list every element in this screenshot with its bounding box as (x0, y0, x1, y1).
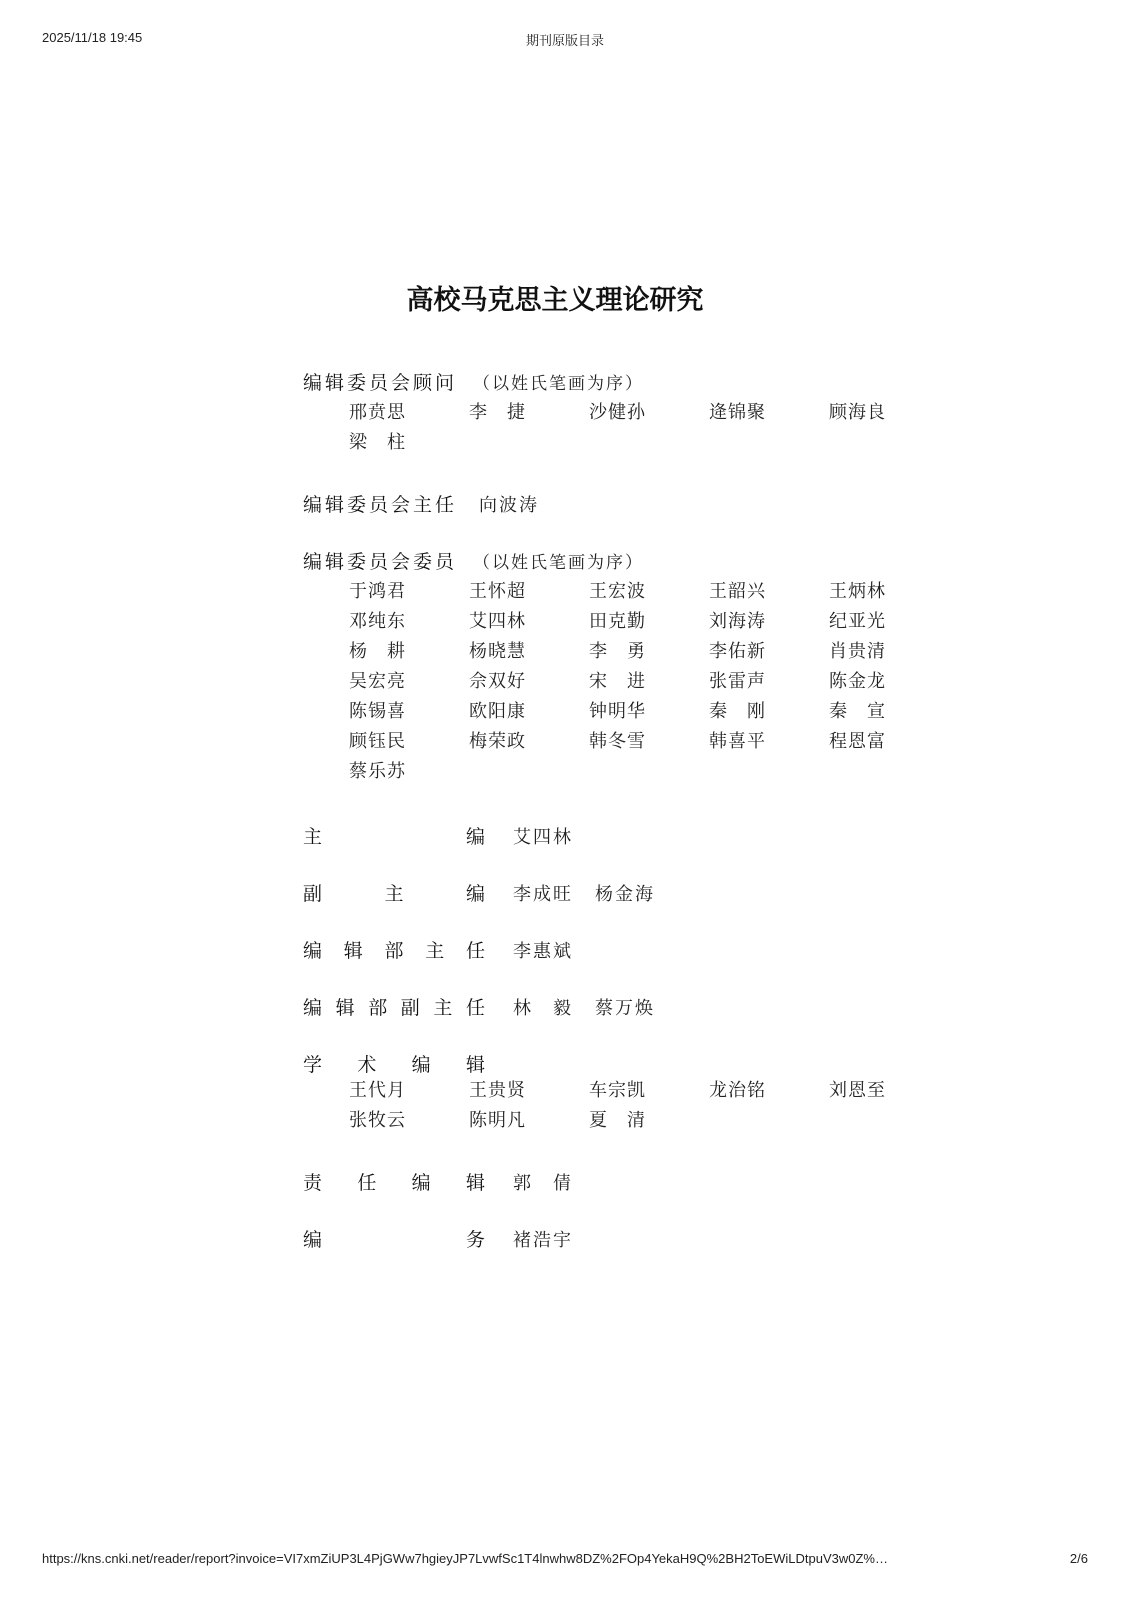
responsible-editor-name: 郭 倩 (513, 1173, 573, 1194)
member-name: 陈金龙 (829, 670, 949, 694)
member-name: 程恩富 (829, 730, 949, 754)
print-timestamp: 2025/11/18 19:45 (42, 30, 142, 45)
office-deputy-director-name: 蔡万焕 (595, 998, 655, 1019)
responsible-editor-section: 责任编辑郭 倩 (303, 1168, 595, 1195)
advisor-name: 逄锦聚 (709, 401, 829, 425)
member-name: 刘海涛 (709, 610, 829, 634)
member-name: 韩喜平 (709, 730, 829, 754)
office-director-section: 编辑部主任李惠斌 (303, 936, 595, 963)
member-name: 韩冬雪 (589, 730, 709, 754)
editorial-affairs-section: 编务褚浩宇 (303, 1225, 595, 1252)
academic-editor-name: 王贵贤 (469, 1079, 589, 1103)
office-deputy-director-section: 编辑部副主任林 毅蔡万焕 (303, 993, 677, 1020)
editor-in-chief-section: 主编艾四林 (303, 822, 595, 849)
member-name: 王炳林 (829, 580, 949, 604)
members-section: 编辑委员会委员（以姓氏笔画为序） 于鸿君 王怀超 王宏波 王韶兴 王炳林 邓纯东… (303, 547, 949, 784)
member-name: 钟明华 (589, 700, 709, 724)
member-name: 欧阳康 (469, 700, 589, 724)
member-name: 梅荣政 (469, 730, 589, 754)
journal-title: 高校马克思主义理论研究 (0, 278, 1110, 317)
advisor-name: 顾海良 (829, 401, 949, 425)
member-name: 吴宏亮 (349, 670, 469, 694)
director-label: 编辑委员会主任 (303, 490, 457, 517)
member-name: 李佑新 (709, 640, 829, 664)
member-name: 肖贵清 (829, 640, 949, 664)
academic-editors-label: 学术编辑 (303, 1050, 491, 1077)
member-name: 顾钰民 (349, 730, 469, 754)
office-deputy-director-name: 林 毅 (513, 998, 573, 1019)
academic-editor-name: 王代月 (349, 1079, 469, 1103)
deputy-editor-name: 李成旺 (513, 884, 573, 905)
member-name: 张雷声 (709, 670, 829, 694)
member-name: 佘双好 (469, 670, 589, 694)
advisor-name: 邢贲思 (349, 401, 469, 425)
deputy-editor-section: 副主编李成旺杨金海 (303, 879, 677, 906)
member-name: 李 勇 (589, 640, 709, 664)
editorial-affairs-name: 褚浩宇 (513, 1230, 573, 1251)
deputy-editor-name: 杨金海 (595, 884, 655, 905)
print-page-title: 期刊原版目录 (526, 30, 604, 49)
member-name: 陈锡喜 (349, 700, 469, 724)
academic-editor-name: 夏 清 (589, 1109, 709, 1133)
member-name: 于鸿君 (349, 580, 469, 604)
advisors-order-note: （以姓氏笔画为序） (473, 374, 644, 394)
advisor-name: 梁 柱 (349, 431, 469, 455)
editor-in-chief-label: 主编 (303, 822, 491, 849)
member-name: 王宏波 (589, 580, 709, 604)
director-section: 编辑委员会主任向波涛 (303, 490, 561, 517)
print-source-url: https://kns.cnki.net/reader/report?invoi… (42, 1551, 888, 1566)
advisors-section: 编辑委员会顾问（以姓氏笔画为序） 邢贲思 李 捷 沙健孙 逄锦聚 顾海良 梁 柱 (303, 368, 949, 455)
advisor-name: 李 捷 (469, 401, 589, 425)
director-name: 向波涛 (479, 495, 539, 516)
academic-editor-name: 龙治铭 (709, 1079, 829, 1103)
member-name: 秦 刚 (709, 700, 829, 724)
editorial-affairs-label: 编务 (303, 1225, 491, 1252)
member-name: 王怀超 (469, 580, 589, 604)
members-label: 编辑委员会委员 (303, 547, 457, 574)
editor-in-chief-name: 艾四林 (513, 827, 573, 848)
advisors-label: 编辑委员会顾问 (303, 368, 457, 395)
academic-editors-section: 学术编辑 王代月 王贵贤 车宗凯 龙治铭 刘恩至 张牧云 陈明凡 夏 清 (303, 1050, 949, 1133)
office-director-name: 李惠斌 (513, 941, 573, 962)
members-order-note: （以姓氏笔画为序） (473, 553, 644, 573)
deputy-editor-label: 副主编 (303, 879, 491, 906)
member-name: 杨晓慧 (469, 640, 589, 664)
member-name: 田克勤 (589, 610, 709, 634)
responsible-editor-label: 责任编辑 (303, 1168, 491, 1195)
advisor-name: 沙健孙 (589, 401, 709, 425)
academic-editor-name: 刘恩至 (829, 1079, 949, 1103)
member-name: 王韶兴 (709, 580, 829, 604)
member-name: 邓纯东 (349, 610, 469, 634)
member-name: 蔡乐苏 (349, 760, 469, 784)
member-name: 宋 进 (589, 670, 709, 694)
member-name: 纪亚光 (829, 610, 949, 634)
member-name: 艾四林 (469, 610, 589, 634)
academic-editor-name: 张牧云 (349, 1109, 469, 1133)
office-deputy-director-label: 编辑部副主任 (303, 993, 491, 1020)
print-page-number: 2/6 (1070, 1551, 1088, 1566)
office-director-label: 编辑部主任 (303, 936, 491, 963)
academic-editor-name: 陈明凡 (469, 1109, 589, 1133)
member-name: 杨 耕 (349, 640, 469, 664)
member-name: 秦 宣 (829, 700, 949, 724)
academic-editor-name: 车宗凯 (589, 1079, 709, 1103)
